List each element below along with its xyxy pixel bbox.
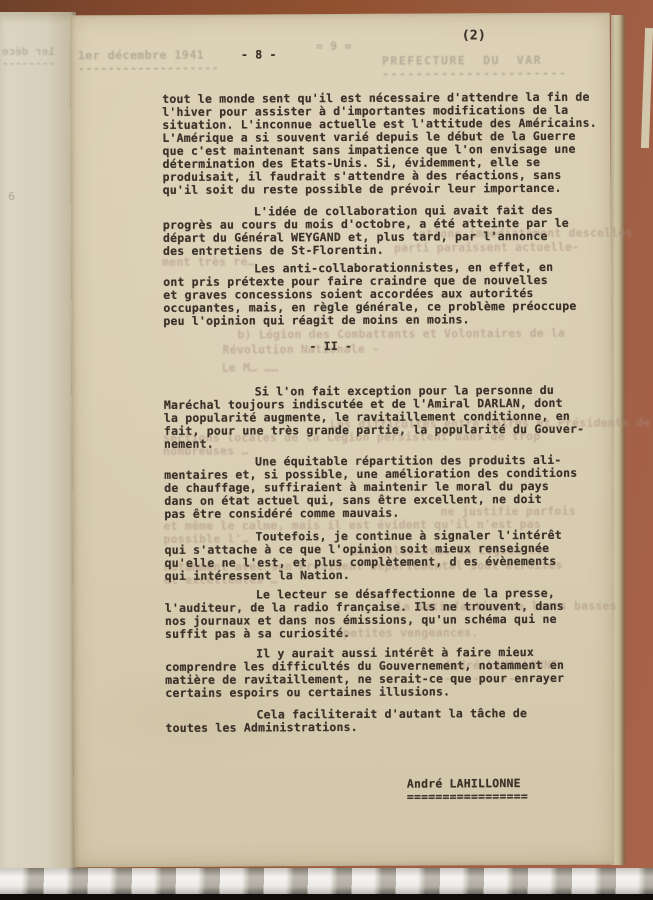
typed-paragraph: Si l'on fait exception pour la personne … — [164, 384, 610, 451]
typed-paragraph: tout le monde sent qu'il est nécessaire … — [162, 91, 609, 197]
copy-number: (2) — [462, 29, 486, 42]
previous-page-edge: 1er déce -------- 6 — [0, 12, 76, 868]
typed-paragraph: Il y aurait aussi intérêt à faire mieux … — [165, 646, 611, 700]
typed-paragraph: Les anti-collaborationnistes, en effet, … — [163, 261, 609, 328]
document-page: 1er décembre 1941 ------------------- - … — [70, 13, 614, 868]
section-heading: - II - — [309, 340, 352, 353]
signature: André LAHILLONNE ================= — [407, 777, 528, 804]
mirrored-stamp-ghost: 1er déce -------- — [2, 46, 55, 70]
ghost-line: Le M… …… — [222, 361, 279, 374]
typed-paragraph: Une équitable répartition des produits a… — [164, 454, 610, 521]
typed-paragraph: Cela faciliterait d'autant la tâche de t… — [165, 707, 611, 735]
typed-paragraph: L'idée de collaboration qui avait fait d… — [163, 204, 609, 258]
ghost-line: b) Légion des Combattants et Volontaires… — [237, 327, 565, 342]
letterhead-ghost: PREFECTURE DU VAR ---------------------- — [382, 54, 567, 81]
date-stamp-ghost: 1er décembre 1941 ------------------- — [78, 49, 219, 76]
typed-paragraph: Toutefois, je continue à signaler l'inté… — [164, 529, 610, 583]
crinkled-page-edges — [0, 868, 653, 894]
typed-paragraph: Le lecteur se désaffectionne de la press… — [165, 587, 611, 641]
scanned-document-view: 1er déce -------- 6 1er décembre 1941 --… — [0, 0, 653, 900]
page-number: - 8 - — [241, 48, 277, 61]
pencil-mark: 6 — [8, 190, 15, 203]
page-number-ghost: = 9 = — [316, 40, 352, 53]
ghost-line: Révolution Nationale - — [222, 343, 379, 357]
